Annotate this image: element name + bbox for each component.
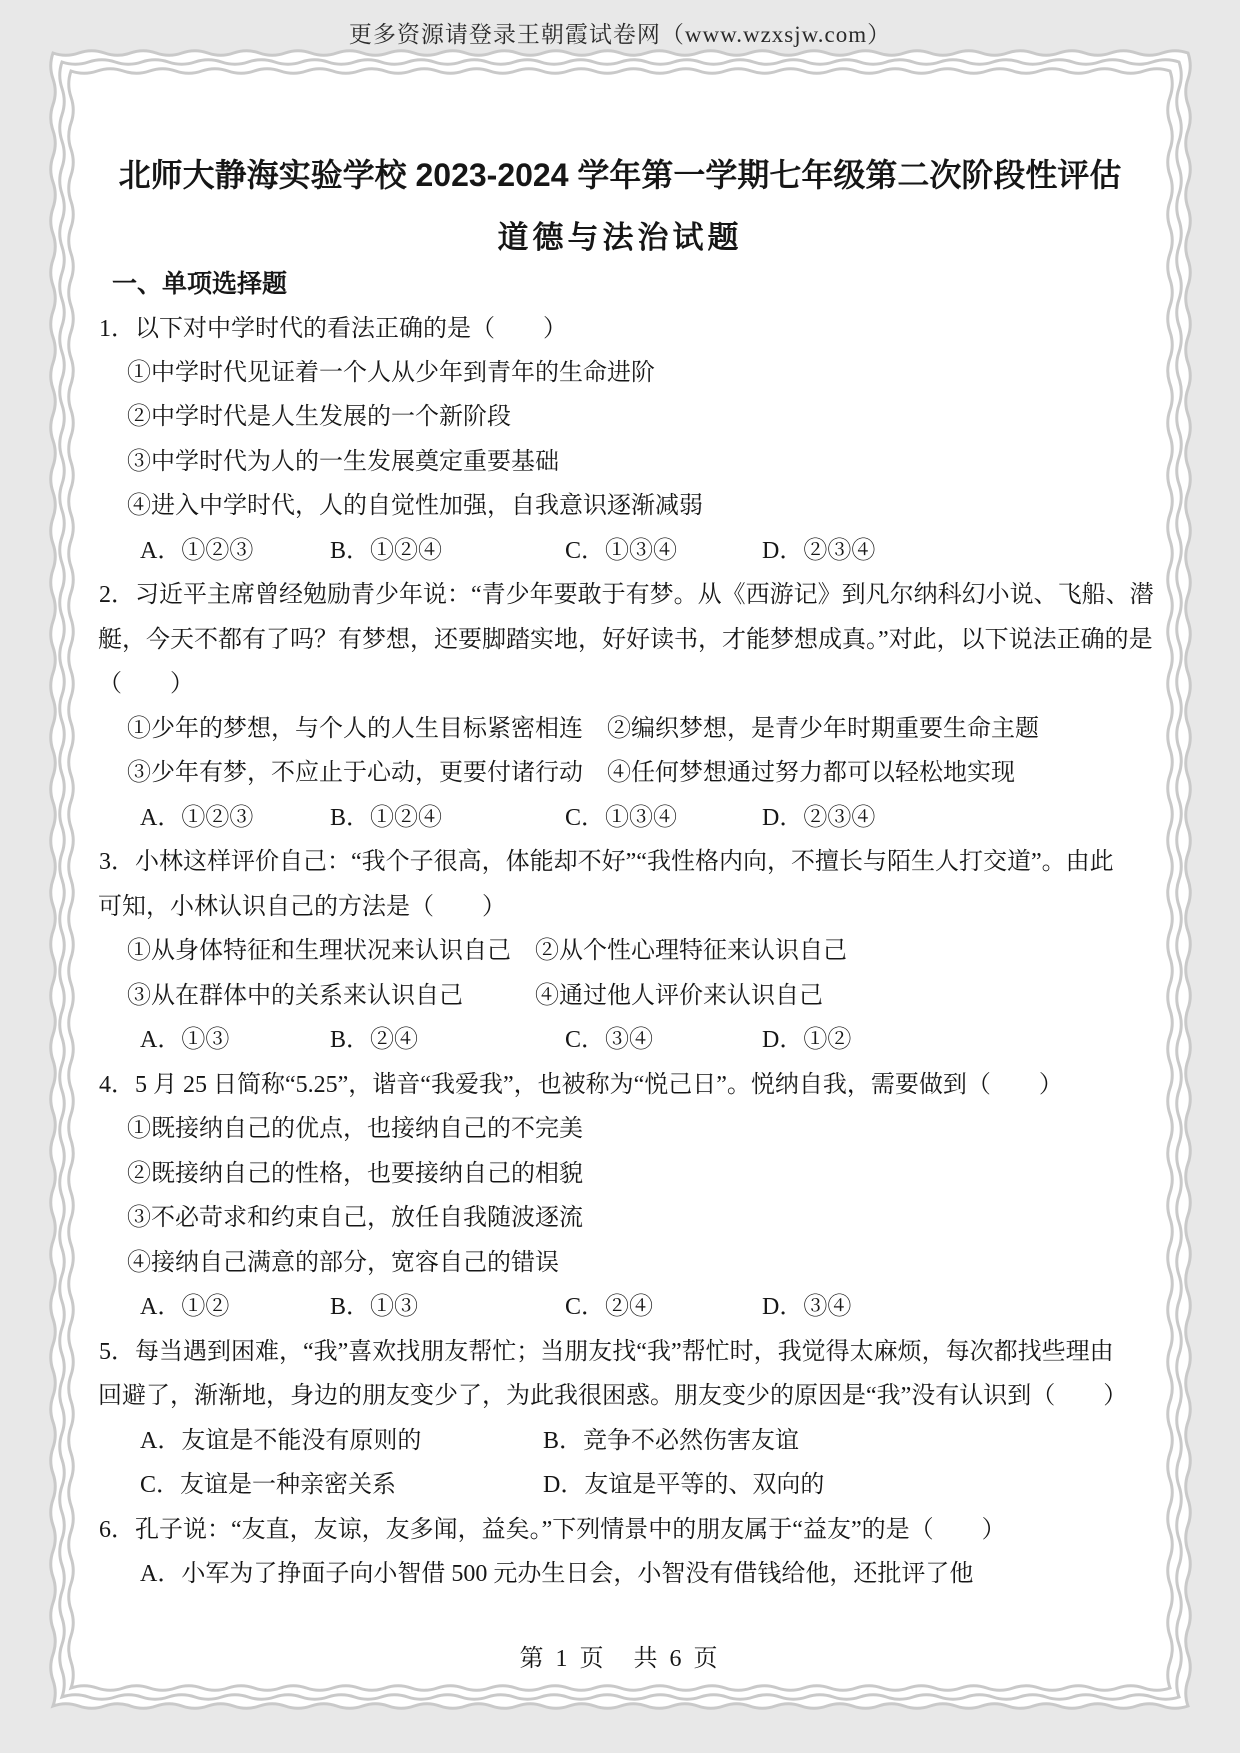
q3-answer-b: B．②④ xyxy=(330,1023,418,1057)
q1-item-4: ④进入中学时代，人的自觉性加强，自我意识逐渐减弱 xyxy=(127,489,703,523)
q1-stem: 1．以下对中学时代的看法正确的是（ ） xyxy=(99,312,567,346)
q2-items-3-4: ③少年有梦，不应止于心动，更要付诸行动 ④任何梦想通过努力都可以轻松地实现 xyxy=(127,756,1015,790)
q1-answer-d: D．②③④ xyxy=(762,534,875,568)
q5-option-a: A．友谊是不能没有原则的 xyxy=(140,1424,421,1458)
exam-subtitle: 道德与法治试题 xyxy=(0,212,1240,257)
q3-answer-a: A．①③ xyxy=(140,1023,229,1057)
q3-stem-line-2: 可知，小林认识自己的方法是（ ） xyxy=(98,890,506,924)
q2-answer-b: B．①②④ xyxy=(330,801,442,835)
exam-paper-page: 更多资源请登录王朝霞试卷网（www.wzxsjw.com） 北师大静海实验学校 … xyxy=(0,0,1240,1753)
q5-option-row-cd: C．友谊是一种亲密关系 D．友谊是平等的、双向的 xyxy=(0,1468,1240,1502)
q1-answer-b: B．①②④ xyxy=(330,534,442,568)
q2-answer-d: D．②③④ xyxy=(762,801,875,835)
header-note: 更多资源请登录王朝霞试卷网（www.wzxsjw.com） xyxy=(0,16,1240,49)
q6-stem: 6．孔子说：“友直，友谅，友多闻，益矣。”下列情景中的朋友属于“益友”的是（ ） xyxy=(99,1513,1006,1547)
q2-answer-row: A．①②③ B．①②④ C．①③④ D．②③④ xyxy=(0,801,1240,835)
q5-option-b: B．竞争不必然伤害友谊 xyxy=(543,1424,799,1458)
q1-item-3: ③中学时代为人的一生发展奠定重要基础 xyxy=(127,445,559,479)
q5-option-d: D．友谊是平等的、双向的 xyxy=(543,1468,824,1502)
q1-item-2: ②中学时代是人生发展的一个新阶段 xyxy=(127,400,511,434)
q1-answer-a: A．①②③ xyxy=(140,534,253,568)
q5-stem-line-2: 回避了，渐渐地，身边的朋友变少了，为此我很困惑。朋友变少的原因是“我”没有认识到… xyxy=(98,1379,1127,1413)
q4-answer-a: A．①② xyxy=(140,1290,229,1324)
q4-item-4: ④接纳自己满意的部分，宽容自己的错误 xyxy=(127,1246,559,1280)
q4-answer-d: D．③④ xyxy=(762,1290,851,1324)
section-heading: 一、单项选择题 xyxy=(112,268,287,301)
q3-answer-d: D．①② xyxy=(762,1023,851,1057)
q2-stem-line-2: 艇，今天不都有了吗？有梦想，还要脚踏实地，好好读书，才能梦想成真。”对此，以下说… xyxy=(98,623,1153,657)
q4-stem: 4．5 月 25 日简称“5.25”，谐音“我爱我”，也被称为“悦己日”。悦纳自… xyxy=(99,1068,1063,1102)
q3-items-1-2: ①从身体特征和生理状况来认识自己 ②从个性心理特征来认识自己 xyxy=(127,934,847,968)
q1-answer-c: C．①③④ xyxy=(565,534,677,568)
q3-stem-line-1: 3．小林这样评价自己：“我个子很高，体能却不好”“我性格内向，不擅长与陌生人打交… xyxy=(99,845,1114,879)
q4-item-3: ③不必苛求和约束自己，放任自我随波逐流 xyxy=(127,1201,583,1235)
q2-answer-a: A．①②③ xyxy=(140,801,253,835)
q3-answer-row: A．①③ B．②④ C．③④ D．①② xyxy=(0,1023,1240,1057)
q3-items-3-4: ③从在群体中的关系来认识自己 ④通过他人评价来认识自己 xyxy=(127,979,823,1013)
q5-stem-line-1: 5．每当遇到困难，“我”喜欢找朋友帮忙；当朋友找“我”帮忙时，我觉得太麻烦，每次… xyxy=(99,1335,1114,1369)
q3-answer-c: C．③④ xyxy=(565,1023,653,1057)
q6-option-a: A．小军为了挣面子向小智借 500 元办生日会，小智没有借钱给他，还批评了他 xyxy=(140,1557,973,1591)
q4-item-2: ②既接纳自己的性格，也要接纳自己的相貌 xyxy=(127,1157,583,1191)
q2-stem-line-3: （ ） xyxy=(98,667,194,701)
q2-answer-c: C．①③④ xyxy=(565,801,677,835)
q5-option-c: C．友谊是一种亲密关系 xyxy=(140,1468,396,1502)
q4-item-1: ①既接纳自己的优点，也接纳自己的不完美 xyxy=(127,1112,583,1146)
q5-option-row-ab: A．友谊是不能没有原则的 B．竞争不必然伤害友谊 xyxy=(0,1424,1240,1458)
q2-stem-line-1: 2．习近平主席曾经勉励青少年说：“青少年要敢于有梦。从《西游记》到凡尔纳科幻小说… xyxy=(99,578,1154,612)
exam-title: 北师大静海实验学校 2023-2024 学年第一学期七年级第二次阶段性评估 xyxy=(0,150,1240,196)
q1-item-1: ①中学时代见证着一个人从少年到青年的生命进阶 xyxy=(127,356,655,390)
q4-answer-row: A．①② B．①③ C．②④ D．③④ xyxy=(0,1290,1240,1324)
q1-answer-row: A．①②③ B．①②④ C．①③④ D．②③④ xyxy=(0,534,1240,568)
q2-items-1-2: ①少年的梦想，与个人的人生目标紧密相连 ②编织梦想，是青少年时期重要生命主题 xyxy=(127,712,1039,746)
page-number-footer: 第 1 页 共 6 页 xyxy=(0,1638,1240,1673)
q4-answer-b: B．①③ xyxy=(330,1290,418,1324)
q4-answer-c: C．②④ xyxy=(565,1290,653,1324)
